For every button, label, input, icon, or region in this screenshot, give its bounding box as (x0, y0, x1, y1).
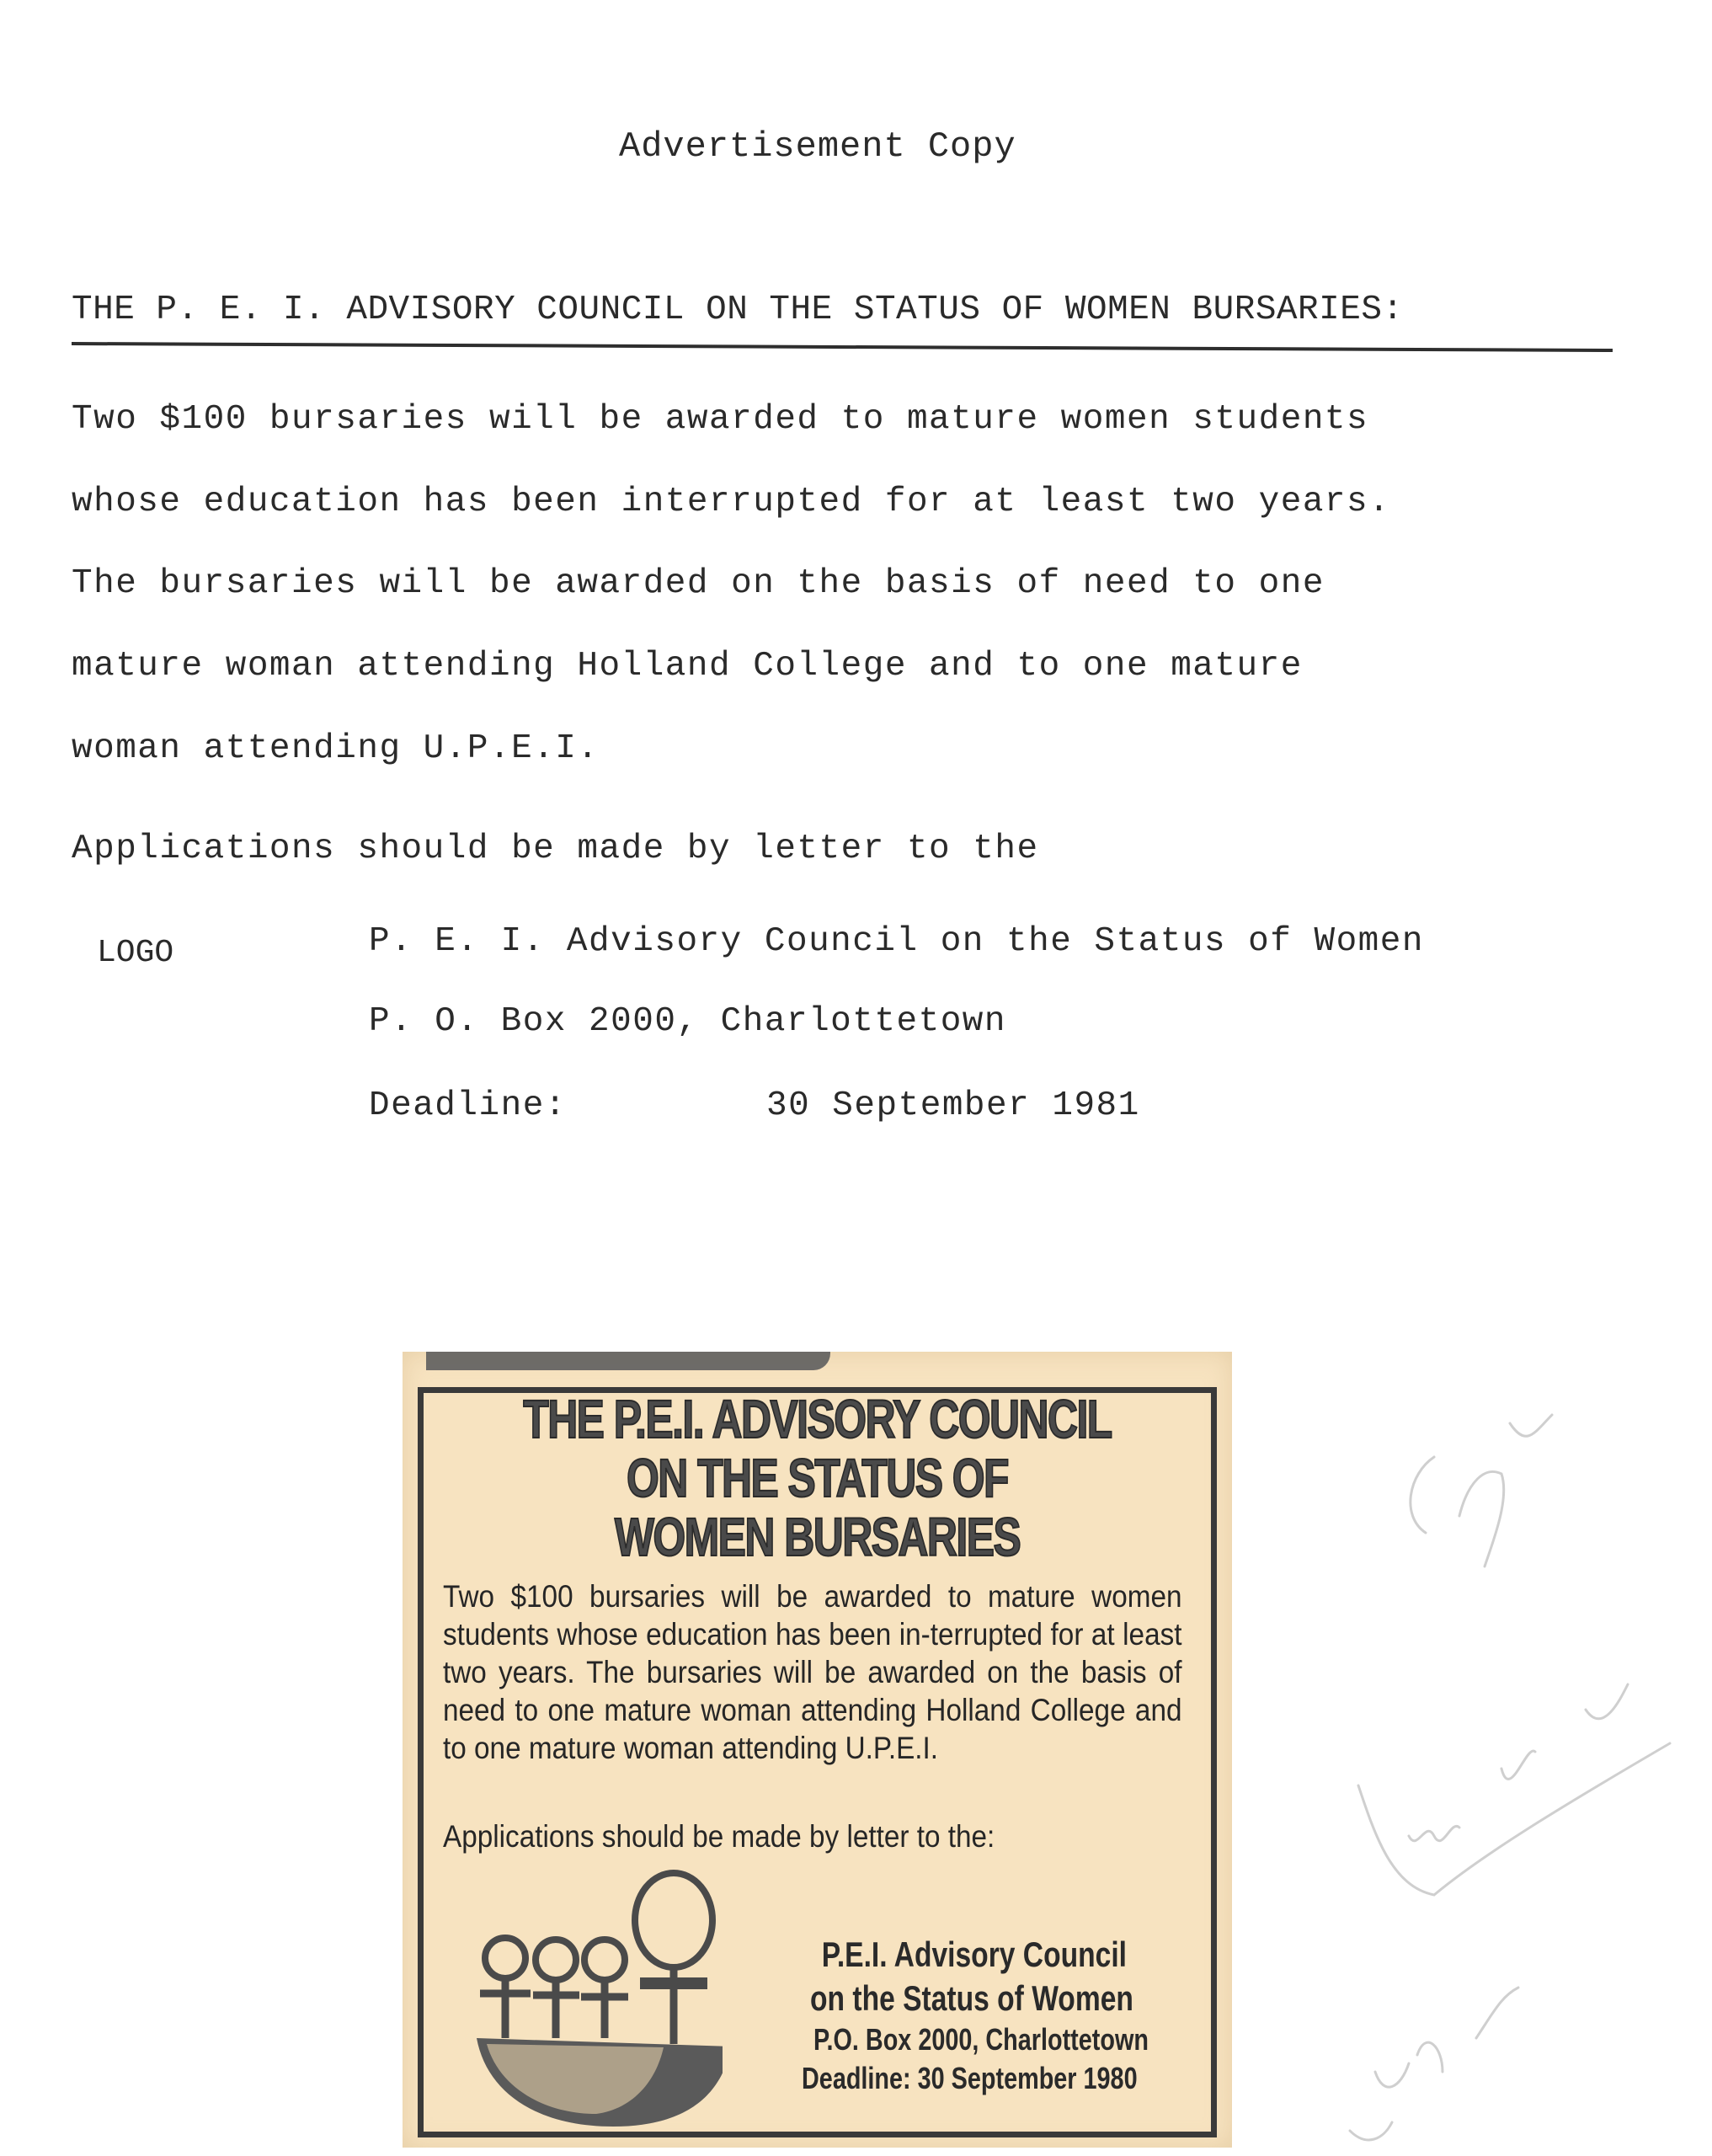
contact-line: P.O. Box 2000, Charlottetown (813, 2020, 1144, 2059)
clipping-apply-line: Applications should be made by letter to… (443, 1819, 995, 1854)
contact-line: P.E.I. Advisory Council (810, 1933, 1127, 1977)
headline-line: ON THE STATUS OF (493, 1449, 1140, 1508)
logo-placeholder: LOGO (97, 935, 173, 971)
ad-heading: THE P. E. I. ADVISORY COUNCIL ON THE STA… (72, 291, 1404, 329)
clipping-headline: THE P.E.I. ADVISORY COUNCIL ON THE STATU… (493, 1390, 1140, 1566)
clipping-torn-edge (426, 1352, 830, 1370)
deadline-label: Deadline: (369, 1086, 567, 1125)
apply-instruction: Applications should be made by letter to… (72, 830, 1039, 868)
women-symbols-bowl-icon (453, 1857, 723, 2127)
deadline-value: 30 September 1981 (766, 1086, 1140, 1125)
body-line: woman attending U.P.E.I. (72, 729, 600, 768)
pencil-annotation (1316, 1347, 1712, 2156)
clipping-body: Two $100 bursaries will be awarded to ma… (443, 1577, 1182, 1767)
body-line: whose education has been interrupted for… (72, 483, 1390, 521)
contact-line: Deadline: 30 September 1980 (802, 2059, 1085, 2098)
address-line: P. O. Box 2000, Charlottetown (369, 1002, 1006, 1041)
body-line: The bursaries will be awarded on the bas… (72, 564, 1325, 603)
document-title: Advertisement Copy (619, 126, 1016, 167)
address-line: P. E. I. Advisory Council on the Status … (369, 922, 1424, 961)
contact-line: on the Status of Women (810, 1977, 1127, 2020)
clipping-contact: P.E.I. Advisory Council on the Status of… (731, 1933, 1169, 2098)
headline-line: WOMEN BURSARIES (493, 1508, 1140, 1566)
newspaper-clipping: THE P.E.I. ADVISORY COUNCIL ON THE STATU… (403, 1352, 1232, 2148)
heading-underline (72, 342, 1613, 352)
body-line: Two $100 bursaries will be awarded to ma… (72, 400, 1368, 439)
headline-line: THE P.E.I. ADVISORY COUNCIL (493, 1390, 1140, 1449)
document-page: Advertisement Copy THE P. E. I. ADVISORY… (0, 0, 1712, 2156)
body-line: mature woman attending Holland College a… (72, 647, 1303, 686)
